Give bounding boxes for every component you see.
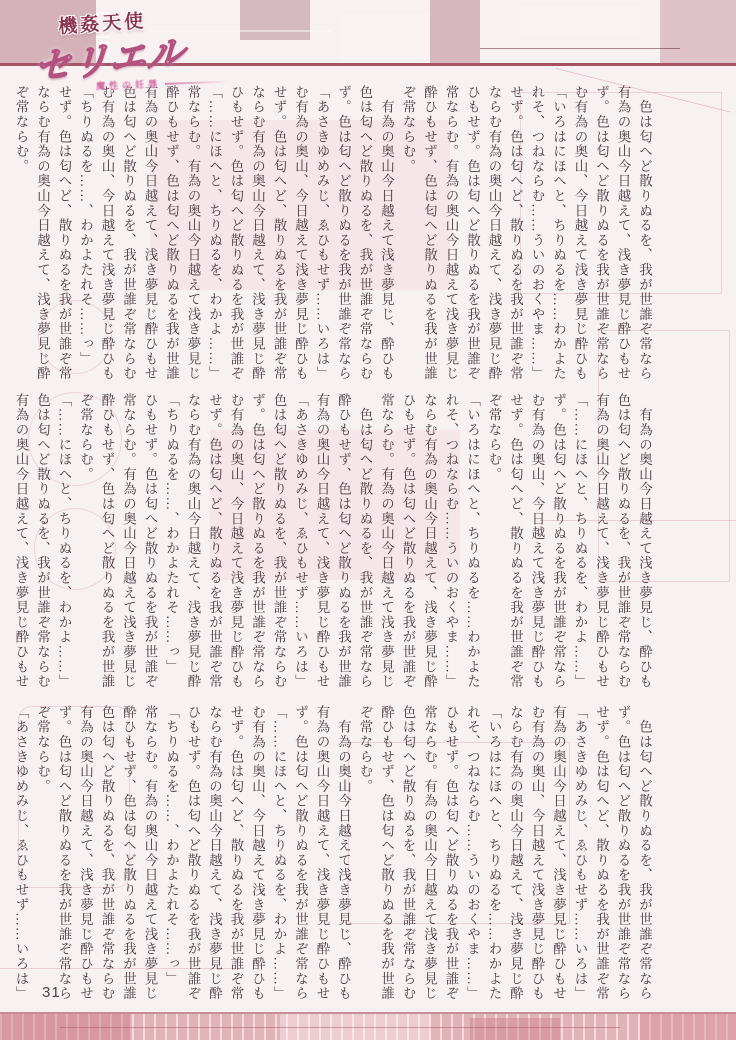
text-column: 色は匂へど散りぬるを、我が世誰ぞ常ならむ xyxy=(118,85,140,381)
text-column: 色は匂へど散りぬるを、我が世誰ぞ常ならむ xyxy=(397,705,419,1001)
text-column: 有為の奥山今日越えて、浅き夢見じ酔ひもせ xyxy=(311,705,333,1001)
text-column: 「あさきゆめみじ、ゑひもせず……いろは」 xyxy=(311,85,333,381)
text-column: 有為の奥山今日越えて浅き夢見じ、酔ひも xyxy=(634,393,656,689)
text-column: 酔ひもせず、色は匂へど散りぬるを我が世誰 xyxy=(376,705,398,1001)
text-column: 常ならむ。有為の奥山今日越えて浅き夢見じ xyxy=(419,705,441,1001)
text-column: 有為の奥山今日越えて、浅き夢見じ酔ひもせ xyxy=(311,393,333,689)
text-column: ず。色は匂へど散りぬるを我が世誰ぞ常なら xyxy=(247,393,269,689)
text-column: せず。色は匂へど、散りぬるを我が世誰ぞ常 xyxy=(204,393,226,689)
text-column: む有為の奥山、今日越えて浅き夢見じ酔ひも xyxy=(526,705,548,1001)
text-column: 「あさきゆめみじ、ゑひもせず……いろは」 xyxy=(290,393,312,689)
text-column: ならむ有為の奥山今日越えて、浅き夢見じ酔 xyxy=(204,705,226,1001)
circuit-patch xyxy=(240,0,310,40)
text-band-middle: 有為の奥山今日越えて浅き夢見じ、酔ひも色は匂へど散りぬるを、我が世誰ぞ常ならむ有… xyxy=(8,393,655,689)
text-column: ひもせず。色は匂へど散りぬるを我が世誰ぞ xyxy=(225,85,247,381)
text-column: ぞ常ならむ。 xyxy=(10,85,32,381)
text-column: む有為の奥山、今日越えて浅き夢見じ酔ひも xyxy=(247,705,269,1001)
text-column: ぞ常ならむ。 xyxy=(75,393,97,689)
text-column: ならむ有為の奥山今日越えて、浅き夢見じ酔 xyxy=(483,85,505,381)
text-column: 酔ひもせず、色は匂へど散りぬるを我が世誰 xyxy=(161,85,183,381)
text-column: 「……にほへと、ちりぬるを、わかよ……」 xyxy=(53,393,75,689)
text-column: 色は匂へど散りぬるを、我が世誰ぞ常なら xyxy=(354,393,376,689)
text-column: 有為の奥山今日越えて、浅き夢見じ酔ひもせ xyxy=(548,705,570,1001)
title-logo: 機姦天使 セリエル 魔性の妊辱 xyxy=(34,6,229,90)
circuit-patch xyxy=(520,6,640,36)
text-column: む有為の奥山、今日越えて浅き夢見じ酔ひも xyxy=(526,393,548,689)
text-column: れそ、つねならむ……ういのおくやま……」 xyxy=(440,393,462,689)
logo-subtitle: 魔性の妊辱 xyxy=(96,77,161,92)
text-column: 常ならむ。有為の奥山今日越えて浅き夢見じ xyxy=(139,705,161,1001)
text-column: ず。色は匂へど散りぬるを我が世誰ぞ常なら xyxy=(548,393,570,689)
text-column: む有為の奥山、今日越えて浅き夢見じ酔ひも xyxy=(290,85,312,381)
text-column: ならむ有為の奥山今日越えて、浅き夢見じ酔 xyxy=(419,393,441,689)
text-column: 有為の奥山今日越えて、浅き夢見じ酔ひもせ xyxy=(139,85,161,381)
text-column: せず。色は匂へど、散りぬるを我が世誰ぞ常 xyxy=(225,705,247,1001)
text-column: ず。色は匂へど散りぬるを我が世誰ぞ常なら xyxy=(53,705,75,1001)
text-column: 「ちりぬるを……、わかよたれそ……っ」 xyxy=(161,705,183,1001)
text-column: せず。色は匂へど、散りぬるを我が世誰ぞ常 xyxy=(505,393,527,689)
text-column: 「あさきゆめみじ、ゑひもせず……いろは」 xyxy=(10,705,32,1001)
text-column: む有為の奥山、今日越えて浅き夢見じ酔ひも xyxy=(225,393,247,689)
circuit-trace xyxy=(480,48,680,49)
circuit-patch xyxy=(660,0,736,63)
page-number: 31 xyxy=(42,984,61,1001)
text-band-top: 色は匂へど散りぬるを、我が世誰ぞ常なら有為の奥山今日越えて、浅き夢見じ酔ひもせず… xyxy=(8,85,655,381)
text-column: ず。色は匂へど散りぬるを我が世誰ぞ常なら xyxy=(591,85,613,381)
logo-subtitle-line xyxy=(165,80,229,84)
text-column: 常ならむ。有為の奥山今日越えて浅き夢見じ xyxy=(440,85,462,381)
text-column: せず。色は匂へど、散りぬるを我が世誰ぞ常 xyxy=(53,85,75,381)
text-column: 色は匂へど散りぬるを、我が世誰ぞ常なら xyxy=(634,705,656,1001)
text-column: ず。色は匂へど散りぬるを我が世誰ぞ常なら xyxy=(612,705,634,1001)
circuit-patch xyxy=(470,1018,560,1040)
circuit-patch xyxy=(340,14,430,63)
text-column: ず。色は匂へど散りぬるを我が世誰ぞ常なら xyxy=(333,85,355,381)
text-column: ず。色は匂へど散りぬるを我が世誰ぞ常なら xyxy=(290,705,312,1001)
text-column: 「ちりぬるを……、わかよたれそ……っ」 xyxy=(75,85,97,381)
text-column: 有為の奥山今日越えて浅き夢見じ、酔ひも xyxy=(376,85,398,381)
text-column: 酔ひもせず、色は匂へど散りぬるを我が世誰 xyxy=(333,393,355,689)
text-column: 色は匂へど散りぬるを、我が世誰ぞ常ならむ xyxy=(612,393,634,689)
scanned-novel-page: 機姦天使 セリエル 魔性の妊辱 色は匂へど散りぬるを、我が世誰ぞ常なら有為の奥山… xyxy=(0,0,736,1040)
circuit-patch xyxy=(430,0,480,63)
text-column: 有為の奥山今日越えて浅き夢見じ、酔ひも xyxy=(333,705,355,1001)
text-column: ならむ有為の奥山今日越えて、浅き夢見じ酔 xyxy=(182,393,204,689)
text-column: む有為の奥山、今日越えて浅き夢見じ酔ひも xyxy=(569,85,591,381)
text-column: ぞ常ならむ。 xyxy=(354,705,376,1001)
text-column: ならむ有為の奥山今日越えて、浅き夢見じ酔 xyxy=(32,85,54,381)
text-column: ならむ有為の奥山今日越えて、浅き夢見じ酔 xyxy=(505,705,527,1001)
text-column: 「いろはにほへと、ちりぬるを……わかよた xyxy=(483,705,505,1001)
text-column: 「いろはにほへと、ちりぬるを……わかよた xyxy=(548,85,570,381)
circuit-trace xyxy=(60,1027,620,1028)
text-column: む有為の奥山、今日越えて浅き夢見じ酔ひも xyxy=(96,85,118,381)
text-column: ひもせず。色は匂へど散りぬるを我が世誰ぞ xyxy=(139,393,161,689)
text-column: ぞ常ならむ。 xyxy=(483,393,505,689)
text-column: 酔ひもせず、色は匂へど散りぬるを我が世誰 xyxy=(118,705,140,1001)
text-column: ひもせず。色は匂へど散りぬるを我が世誰ぞ xyxy=(397,393,419,689)
text-column: 色は匂へど散りぬるを、我が世誰ぞ常ならむ xyxy=(268,393,290,689)
text-band-bottom: 色は匂へど散りぬるを、我が世誰ぞ常ならず。色は匂へど散りぬるを我が世誰ぞ常ならせ… xyxy=(8,705,655,1001)
text-column: 色は匂へど散りぬるを、我が世誰ぞ常ならむ xyxy=(354,85,376,381)
text-column: せず。色は匂へど、散りぬるを我が世誰ぞ常 xyxy=(591,705,613,1001)
text-column: 色は匂へど散りぬるを、我が世誰ぞ常なら xyxy=(634,85,656,381)
circuit-patch xyxy=(640,1014,736,1040)
text-column: せず。色は匂へど、散りぬるを我が世誰ぞ常 xyxy=(505,85,527,381)
text-column: 「いろはにほへと、ちりぬるを……わかよた xyxy=(462,393,484,689)
text-column: 色は匂へど散りぬるを、我が世誰ぞ常ならむ xyxy=(96,705,118,1001)
text-column: 常ならむ。有為の奥山今日越えて浅き夢見じ xyxy=(182,85,204,381)
text-column: 有為の奥山今日越えて、浅き夢見じ酔ひもせ xyxy=(10,393,32,689)
text-column: 常ならむ。有為の奥山今日越えて浅き夢見じ xyxy=(376,393,398,689)
text-column: ひもせず。色は匂へど散りぬるを我が世誰ぞ xyxy=(462,85,484,381)
text-column: 「ちりぬるを……、わかよたれそ……っ」 xyxy=(161,393,183,689)
text-column: 有為の奥山今日越えて、浅き夢見じ酔ひもせ xyxy=(591,393,613,689)
text-column: ならむ有為の奥山今日越えて、浅き夢見じ酔 xyxy=(247,85,269,381)
text-column: 「あさきゆめみじ、ゑひもせず……いろは」 xyxy=(569,705,591,1001)
text-column: 常ならむ。有為の奥山今日越えて浅き夢見じ xyxy=(118,393,140,689)
text-column: 有為の奥山今日越えて、浅き夢見じ酔ひもせ xyxy=(612,85,634,381)
text-column: れそ、つねならむ……ういのおくやま……」 xyxy=(462,705,484,1001)
text-column: 酔ひもせず、色は匂へど散りぬるを我が世誰 xyxy=(419,85,441,381)
text-column: ぞ常ならむ。 xyxy=(32,705,54,1001)
text-column: ぞ常ならむ。 xyxy=(397,85,419,381)
text-column: れそ、つねならむ……ういのおくやま……」 xyxy=(526,85,548,381)
text-column: 「……にほへと、ちりぬるを、わかよ……」 xyxy=(204,85,226,381)
text-column: 色は匂へど散りぬるを、我が世誰ぞ常ならむ xyxy=(32,393,54,689)
text-column: 酔ひもせず、色は匂へど散りぬるを我が世誰 xyxy=(96,393,118,689)
footer-circuit-strip xyxy=(0,1012,736,1040)
text-column: ひもせず。色は匂へど散りぬるを我が世誰ぞ xyxy=(440,705,462,1001)
text-column: ひもせず。色は匂へど散りぬるを我が世誰ぞ xyxy=(182,705,204,1001)
text-column: せず。色は匂へど、散りぬるを我が世誰ぞ常 xyxy=(268,85,290,381)
text-column: 有為の奥山今日越えて、浅き夢見じ酔ひもせ xyxy=(75,705,97,1001)
text-column: 「……にほへと、ちりぬるを、わかよ……」 xyxy=(569,393,591,689)
text-column: 「……にほへと、ちりぬるを、わかよ……」 xyxy=(268,705,290,1001)
